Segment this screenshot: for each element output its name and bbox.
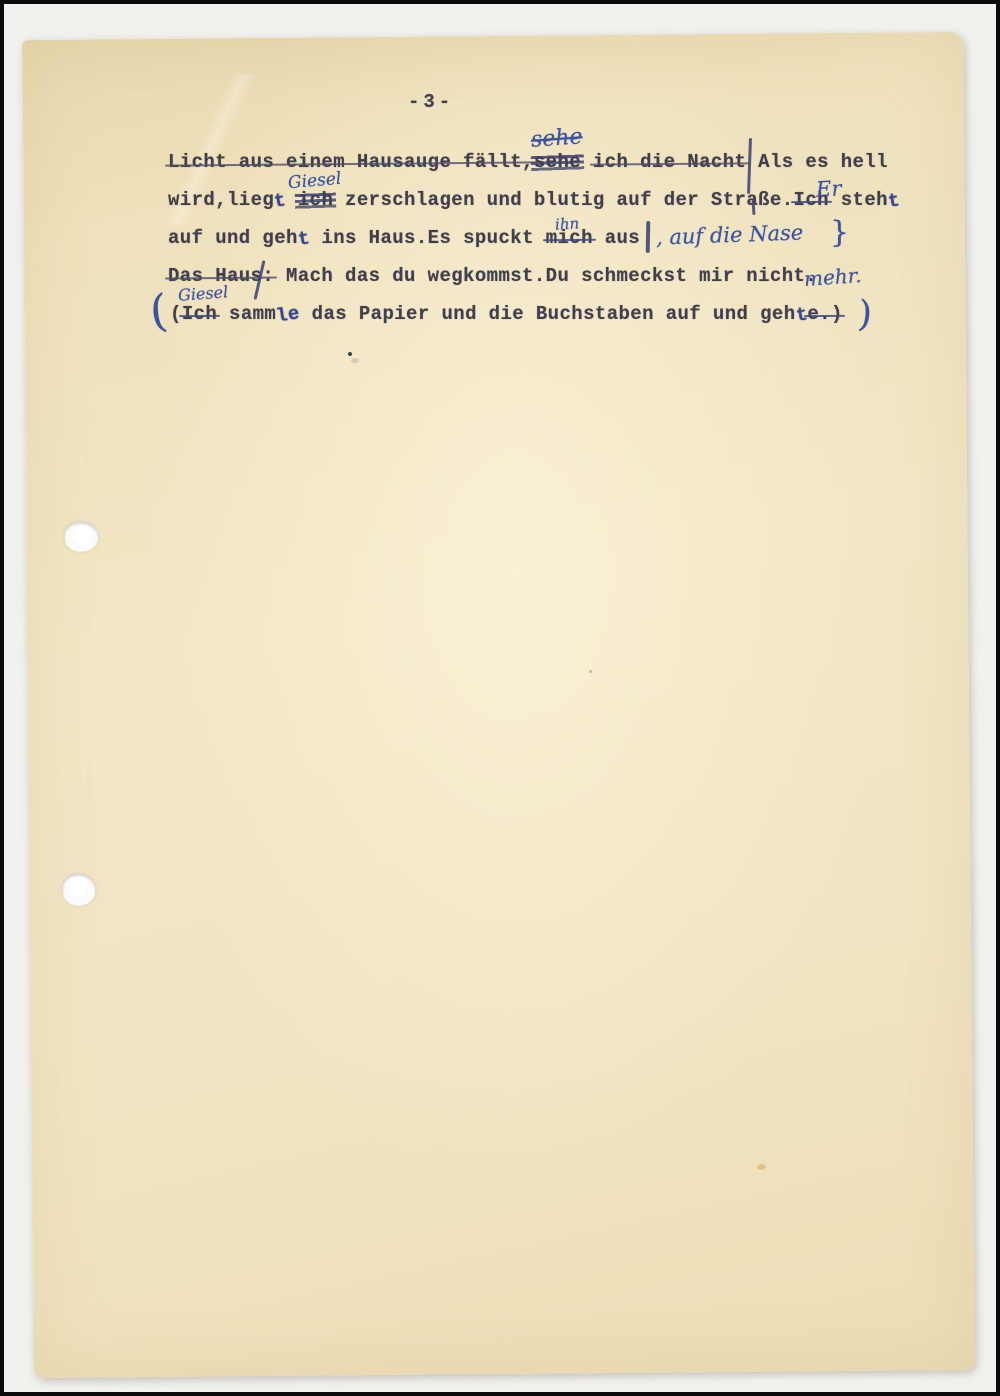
typed-line-1: Licht aus einem Hausauge fällt,sehe ich … <box>168 150 888 174</box>
typed-text: das Papier und die Buchstaben auf und ge… <box>300 302 796 326</box>
struck-text: Licht aus einem Hausauge fällt, <box>168 150 534 174</box>
hole-punch-bottom <box>62 874 95 906</box>
typed-line-2: wird,liegt ich zerschlagen und blutig au… <box>168 188 900 212</box>
typed-text: ( <box>170 302 182 326</box>
struck-text: e.) <box>807 302 842 326</box>
overwritten-letter: t <box>886 188 901 214</box>
hole-punch-top <box>64 521 98 551</box>
overwritten-letters: le <box>275 301 302 328</box>
typed-text: ins Haus.Es spuckt <box>310 226 546 250</box>
typed-text: aus <box>593 226 640 250</box>
typed-space <box>581 150 593 174</box>
hole-punch-top-highlight <box>73 527 92 544</box>
smudge-mark <box>351 358 359 363</box>
page-number: -3- <box>408 90 454 114</box>
handwritten-name-annotation: Giesel <box>177 282 228 304</box>
handwritten-brace-close: } <box>830 215 849 250</box>
typed-text: zerschlagen und blutig auf der Straße. <box>333 188 793 212</box>
paper-fleck <box>589 670 592 673</box>
typed-line-4: Das Haus: Mach das du wegkommst.Du schme… <box>168 264 817 288</box>
typed-text: wird,lieg <box>168 188 274 212</box>
insertion-mark-line3 <box>646 221 650 253</box>
hole-punch-bottom-highlight <box>71 879 89 897</box>
handwritten-er-annotation: Er <box>815 176 842 201</box>
ink-speck <box>348 352 352 356</box>
typed-text: auf und geh <box>168 226 298 250</box>
scribbled-text: sehe <box>534 150 581 174</box>
typed-line-5: (Ich sammle das Papier und die Buchstabe… <box>170 302 843 326</box>
handwritten-mehr-annotation: mehr. <box>803 263 862 291</box>
paper-stain <box>757 1164 766 1170</box>
handwritten-nase-insertion: , auf die Nase <box>656 220 804 249</box>
typed-text: samm <box>217 302 276 326</box>
scanned-document-view: -3- Licht aus einem Hausauge fällt,sehe … <box>0 0 1000 1396</box>
typed-text: Als es hell <box>758 150 888 174</box>
typed-text: Mach das du wegkommst.Du schmeckst mir n… <box>274 264 817 288</box>
handwritten-ihn-annotation: ihn <box>555 214 580 233</box>
handwritten-sehe-annotation: sehe <box>530 124 583 153</box>
struck-text: ich die Nacht <box>593 150 746 174</box>
struck-text: Ich <box>182 302 217 326</box>
